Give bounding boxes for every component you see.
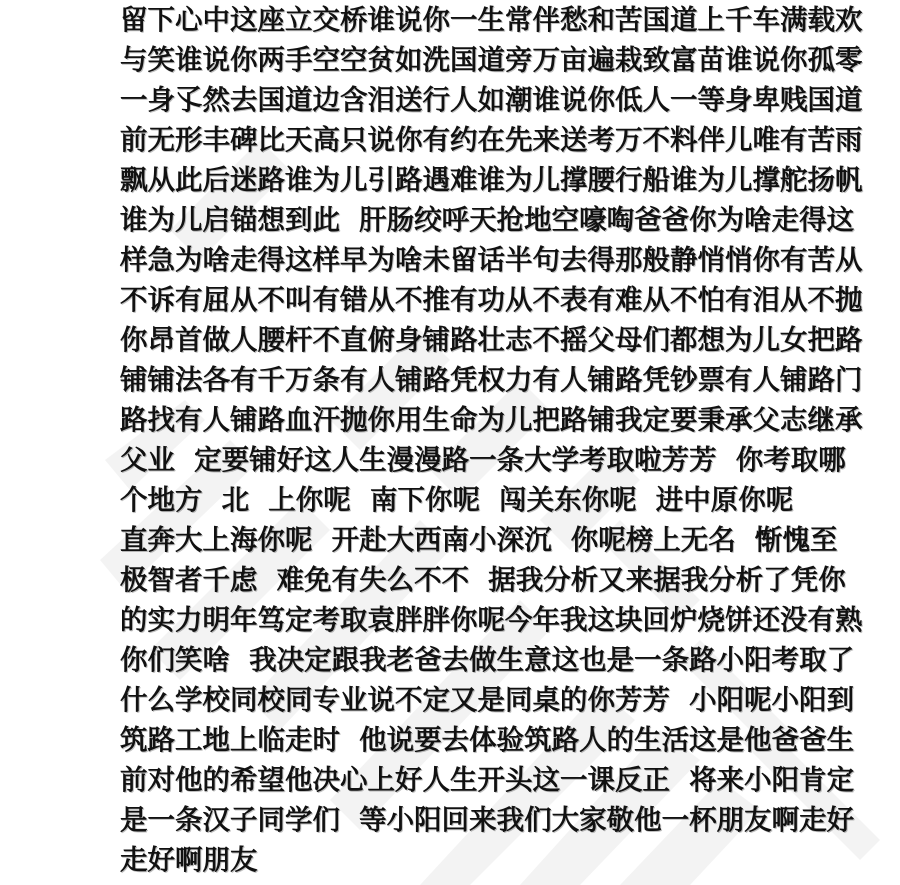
document-body: 留下心中这座立交桥谁说你一生常伴愁和苦国道上千车满载欢 与笑谁说你两手空空贫如洗…	[120, 0, 890, 880]
text-line: 路找有人铺路血汗抛你用生命为儿把路铺我定要秉承父志继承	[120, 400, 890, 440]
text-line: 你们笑啥 我决定跟我老爸去做生意这也是一条路小阳考取了	[120, 640, 890, 680]
text-line: 样急为啥走得这样早为啥未留话半句去得那般静悄悄你有苦从	[120, 240, 890, 280]
text-line: 什么学校同校同专业说不定又是同桌的你芳芳 小阳呢小阳到	[120, 680, 890, 720]
text-line: 极智者千虑 难免有失么不不 据我分析又来据我分析了凭你	[120, 560, 890, 600]
text-line: 不诉有屈从不叫有错从不推有功从不表有难从不怕有泪从不抛	[120, 280, 890, 320]
text-line: 前对他的希望他决心上好人生开头这一课反正 将来小阳肯定	[120, 760, 890, 800]
text-line: 走好啊朋友	[120, 840, 890, 880]
text-line: 铺铺法各有千万条有人铺路凭权力有人铺路凭钞票有人铺路门	[120, 360, 890, 400]
text-line: 筑路工地上临走时 他说要去体验筑路人的生活这是他爸爸生	[120, 720, 890, 760]
text-line: 的实力明年笃定考取袁胖胖你呢今年我这块回炉烧饼还没有熟	[120, 600, 890, 640]
text-line: 与笑谁说你两手空空贫如洗国道旁万亩遍栽致富苗谁说你孤零	[120, 40, 890, 80]
text-line: 留下心中这座立交桥谁说你一生常伴愁和苦国道上千车满载欢	[120, 0, 890, 40]
text-line: 是一条汉子同学们 等小阳回来我们大家敬他一杯朋友啊走好	[120, 800, 890, 840]
text-line: 个地方 北 上你呢 南下你呢 闯关东你呢 进中原你呢	[120, 480, 890, 520]
text-line: 父业 定要铺好这人生漫漫路一条大学考取啦芳芳 你考取哪	[120, 440, 890, 480]
text-line: 你昂首做人腰杆不直俯身铺路壮志不摇父母们都想为儿女把路	[120, 320, 890, 360]
text-line: 前无形丰碑比天高只说你有约在先来送考万不料伴儿唯有苦雨	[120, 120, 890, 160]
text-line: 谁为儿启锚想到此 肝肠绞呼天抢地空嚎啕爸爸你为啥走得这	[120, 200, 890, 240]
text-line: 直奔大上海你呢 开赴大西南小深沉 你呢榜上无名 惭愧至	[120, 520, 890, 560]
text-line: 一身孓然去国道边含泪送行人如潮谁说你低人一等身卑贱国道	[120, 80, 890, 120]
text-line: 飘从此后迷路谁为儿引路遇难谁为儿撑腰行船谁为儿撑舵扬帆	[120, 160, 890, 200]
